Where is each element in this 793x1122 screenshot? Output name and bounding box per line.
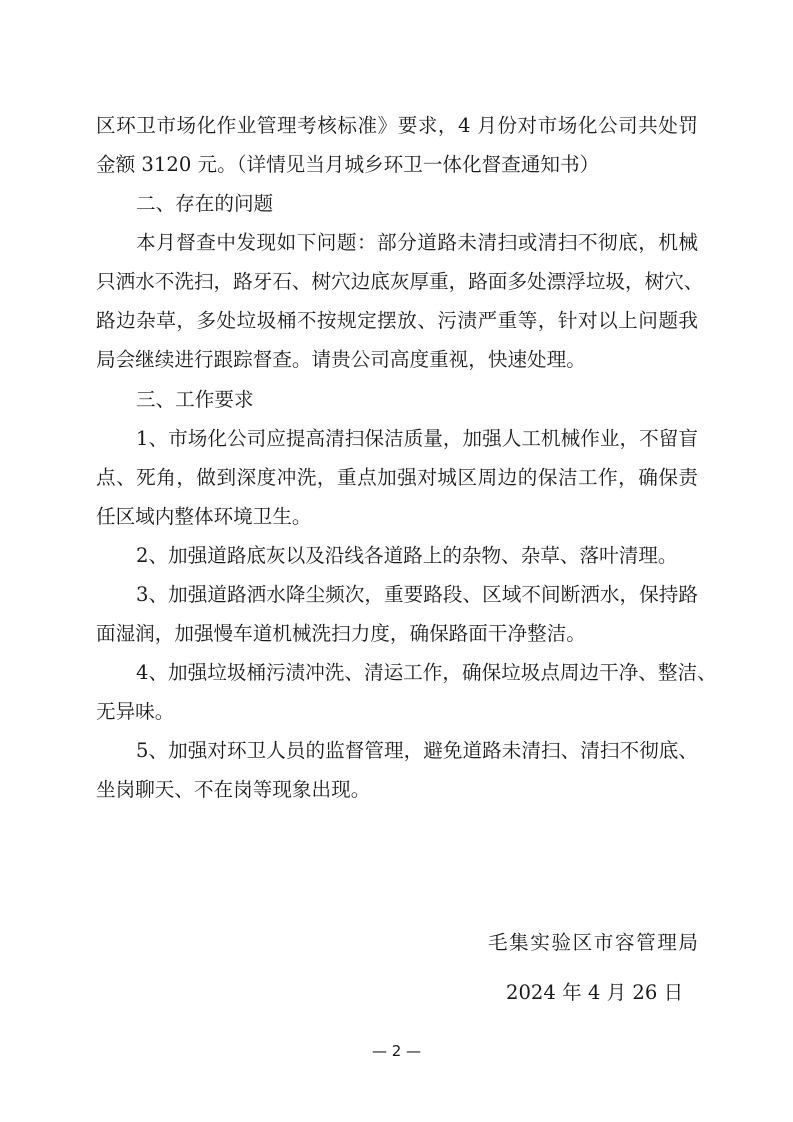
signature-organization: 毛集实验区市容管理局 [488,929,698,957]
continuation-line-2: 金额 3120 元。（详情见当月城乡环卫一体化督查通知书） [96,151,698,179]
requirement-4-line-2: 无异味。 [96,698,698,726]
section-heading-requirements: 三、工作要求 [136,386,254,414]
continuation-line-1: 区环卫市场化作业管理考核标准》要求，4 月份对市场化公司共处罚 [96,112,698,140]
requirement-1-line-2: 点、死角，做到深度冲洗，重点加强对城区周边的保洁工作，确保责 [96,464,698,492]
requirement-3-line-2: 面湿润，加强慢车道机械洗扫力度，确保路面干净整洁。 [96,620,698,648]
page-number: — 2 — [0,1040,793,1062]
requirement-3-line-1: 3、加强道路洒水降尘频次，重要路段、区域不间断洒水，保持路 [136,581,698,609]
requirement-5-line-1: 5、加强对环卫人员的监督管理，避免道路未清扫、清扫不彻底、 [136,737,698,765]
problems-paragraph-line-2: 只洒水不洗扫，路牙石、树穴边底灰厚重，路面多处漂浮垃圾，树穴、 [96,268,698,296]
requirement-4-line-1: 4、加强垃圾桶污渍冲洗、清运工作，确保垃圾点周边干净、整洁、 [136,659,698,687]
problems-paragraph-line-4: 局会继续进行跟踪督查。请贵公司高度重视，快速处理。 [96,346,698,374]
section-heading-problems: 二、存在的问题 [136,190,273,218]
requirement-1-line-1: 1、市场化公司应提高清扫保洁质量，加强人工机械作业，不留盲 [136,425,698,453]
requirement-2-line-1: 2、加强道路底灰以及沿线各道路上的杂物、杂草、落叶清理。 [136,542,698,570]
requirement-5-line-2: 坐岗聊天、不在岗等现象出现。 [96,776,698,804]
problems-paragraph-line-1: 本月督查中发现如下问题：部分道路未清扫或清扫不彻底，机械 [136,229,698,257]
problems-paragraph-line-3: 路边杂草，多处垃圾桶不按规定摆放、污渍严重等，针对以上问题我 [96,307,698,335]
requirement-1-line-3: 任区域内整体环境卫生。 [96,503,698,531]
document-page: 区环卫市场化作业管理考核标准》要求，4 月份对市场化公司共处罚 金额 3120 … [0,0,793,1122]
signature-date: 2024 年 4 月 26 日 [506,979,682,1007]
